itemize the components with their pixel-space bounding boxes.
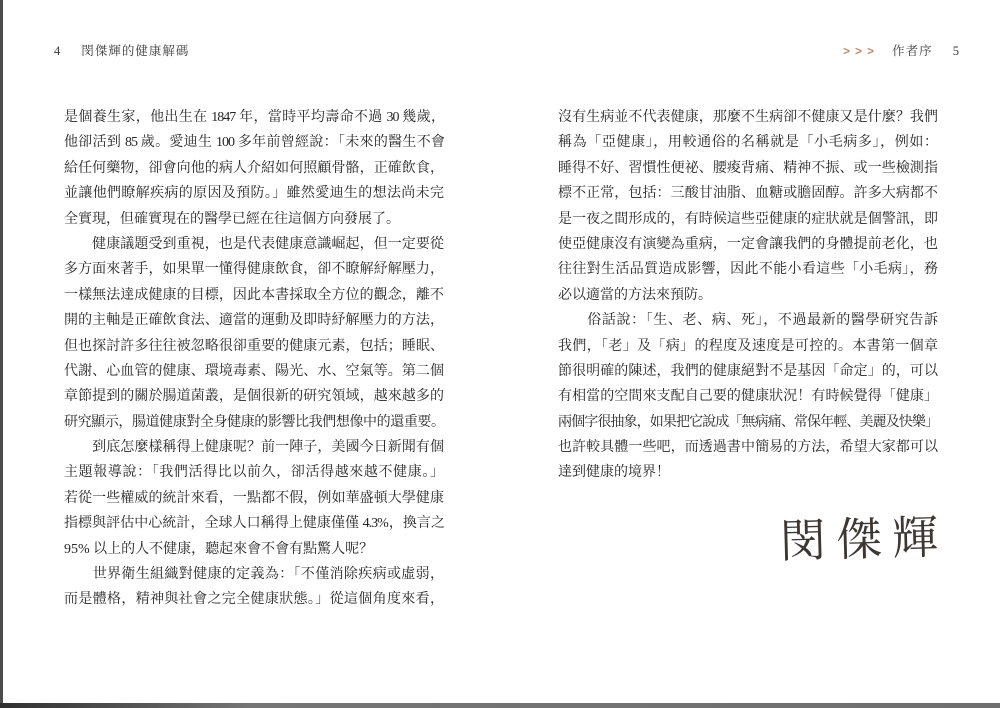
text-line: 全實現，但確實現在的醫學已經在往這個方向發展了。: [64, 207, 444, 232]
text-line: 健康議題受到重視，也是代表健康意識崛起，但一定要從: [64, 232, 444, 257]
text-line: 研究顯示，腸道健康對全身健康的影響比我們想像中的還重要。: [64, 410, 444, 435]
text-line: 兩個字很抽象，如果把它說成「無病痛、常保年輕、美麗及快樂」: [558, 410, 938, 435]
chevrons-icon: >>>: [843, 44, 879, 58]
text-line: 多方面來著手，如果單一懂得健康飲食，卻不瞭解紓解壓力，: [64, 257, 444, 282]
right-text-column: 沒有生病並不代表健康，那麼不生病卻不健康又是什麼？我們稱為「亞健康」，用較通俗的…: [558, 105, 938, 486]
book-title: 閔傑輝的健康解碼: [81, 44, 189, 58]
scan-bottom-edge: [0, 703, 1000, 708]
text-line: 也許較具體一些吧，而透過書中簡易的方法，希望大家都可以: [558, 435, 938, 460]
left-running-head: 4 閔傑輝的健康解碼: [54, 41, 189, 59]
text-line: 指標與評估中心統計，全球人口稱得上健康僅僅 4.3%，換言之: [64, 511, 444, 536]
text-line: 章節提到的關於腸道菌叢，是個很新的研究領域，越來越多的: [64, 384, 444, 409]
scan-left-edge: [0, 0, 3, 708]
author-signature: 閔傑輝: [779, 501, 949, 571]
section-title: 作者序: [892, 44, 933, 58]
text-line: 有相當的空間來支配自己要的健康狀況！有時候覺得「健康」: [558, 384, 938, 409]
text-line: 俗話說：「生、老、病、死」，不過最新的醫學研究告訴: [558, 308, 938, 333]
text-line: 是一夜之間形成的，有時候這些亞健康的症狀就是個警訊，即: [558, 207, 938, 232]
text-line: 給任何藥物，卻會向他的病人介紹如何照顧骨骼，正確飲食，: [64, 156, 444, 181]
text-line: 世界衛生組織對健康的定義為：「不僅消除疾病或虛弱，: [64, 562, 444, 587]
text-line: 標不正常，包括：三酸甘油脂、血糖或膽固醇。許多大病都不: [558, 181, 938, 206]
text-line: 必以適當的方法來預防。: [558, 283, 938, 308]
text-line: 達到健康的境界！: [558, 460, 938, 485]
text-line: 沒有生病並不代表健康，那麼不生病卻不健康又是什麼？我們: [558, 105, 938, 130]
text-line: 他卻活到 85 歲。愛迪生 100 多年前曾經說：「未來的醫生不會: [64, 130, 444, 155]
text-line: 主題報導說：「我們活得比以前久，卻活得越來越不健康。」: [64, 460, 444, 485]
right-running-head: >>> 作者序 5: [843, 41, 960, 59]
text-line: 節很明確的陳述，我們的健康絕對不是基因「命定」的，可以: [558, 359, 938, 384]
text-line: 一樣無法達成健康的目標，因此本書採取全方位的觀念，離不: [64, 283, 444, 308]
text-line: 並讓他們瞭解疾病的原因及預防。」雖然愛迪生的想法尚未完: [64, 181, 444, 206]
text-line: 往往對生活品質造成影響，因此不能小看這些「小毛病」，務: [558, 257, 938, 282]
text-line: 是個養生家，他出生在 1847 年，當時平均壽命不過 30 幾歲，: [64, 105, 444, 130]
text-line: 稱為「亞健康」，用較通俗的名稱就是「小毛病多」，例如：: [558, 130, 938, 155]
text-line: 而是體格，精神與社會之完全健康狀態。」從這個角度來看，: [64, 587, 444, 612]
text-line: 我們，「老」及「病」的程度及速度是可控的。本書第一個章: [558, 334, 938, 359]
text-line: 95% 以上的人不健康，聽起來會不會有點驚人呢？: [64, 537, 444, 562]
right-page-number: 5: [953, 44, 960, 59]
text-line: 睡得不好、習慣性便祕、腰痠背痛、精神不振、或一些檢測指: [558, 156, 938, 181]
text-line: 代謝、心血管的健康、環境毒素、陽光、水、空氣等。第二個: [64, 359, 444, 384]
text-line: 開的主軸是正確飲食法、適當的運動及即時紓解壓力的方法，: [64, 308, 444, 333]
text-line: 使亞健康沒有演變為重病，一定會讓我們的身體提前老化，也: [558, 232, 938, 257]
text-line: 到底怎麼樣稱得上健康呢？前一陣子，美國今日新聞有個: [64, 435, 444, 460]
text-line: 但也探討許多往往被忽略很卻重要的健康元素，包括；睡眠、: [64, 334, 444, 359]
left-text-column: 是個養生家，他出生在 1847 年，當時平均壽命不過 30 幾歲，他卻活到 85…: [64, 105, 444, 613]
left-page-number: 4: [54, 44, 61, 59]
text-line: 若從一些權威的統計來看，一點都不假，例如華盛頓大學健康: [64, 486, 444, 511]
